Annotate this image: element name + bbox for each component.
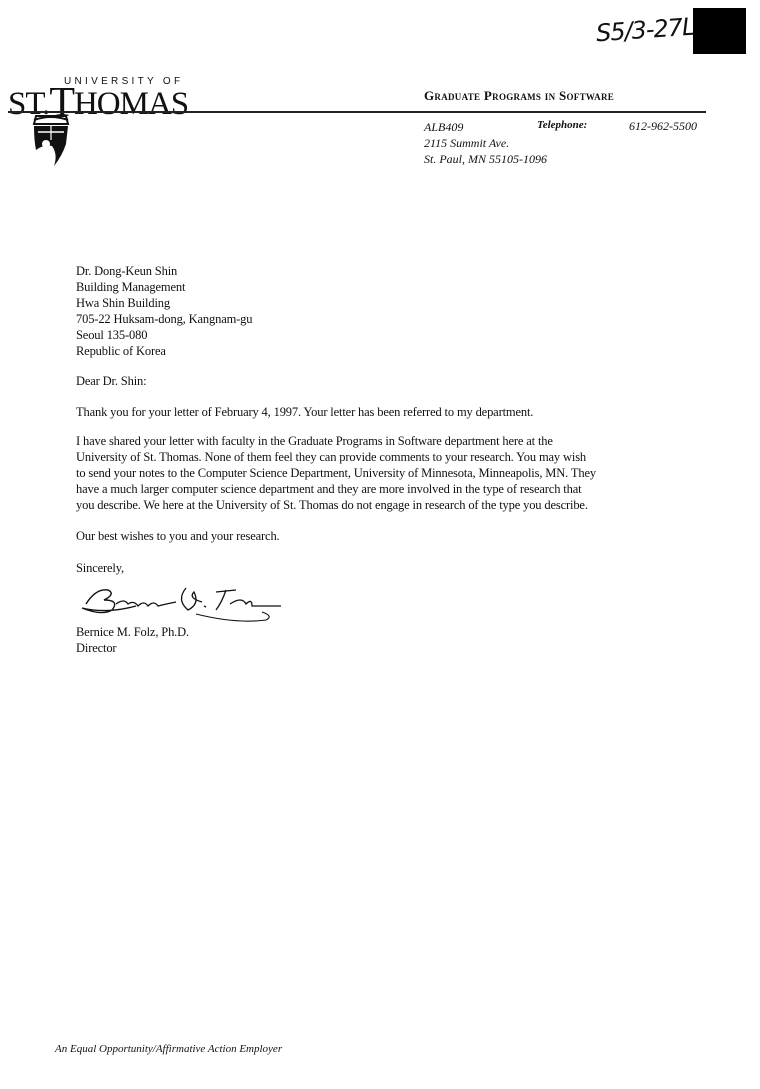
telephone-label: Telephone: <box>537 119 587 131</box>
header-rule-right <box>418 111 706 113</box>
paragraph-3: Our best wishes to you and your research… <box>76 528 280 544</box>
crest-shield-icon <box>30 114 72 170</box>
handwritten-reference-number: S5/3-27L <box>595 13 695 48</box>
telephone-number: 612-962-5500 <box>629 119 697 134</box>
footer-eeo-statement: An Equal Opportunity/Affirmative Action … <box>55 1043 282 1055</box>
signer-name: Bernice M. Folz, Ph.D. <box>76 624 189 640</box>
signer-block: Bernice M. Folz, Ph.D. Director <box>76 624 189 656</box>
logo-suffix: HOMAS <box>74 86 188 122</box>
department-name: Graduate Programs in Software <box>424 88 614 104</box>
signer-title: Director <box>76 640 189 656</box>
signature-image <box>76 580 286 626</box>
paragraph-line: have a much larger computer science depa… <box>76 481 676 497</box>
closing: Sincerely, <box>76 560 124 576</box>
recipient-line: Republic of Korea <box>76 343 252 359</box>
salutation: Dear Dr. Shin: <box>76 373 146 389</box>
paragraph-line: you describe. We here at the University … <box>76 497 676 513</box>
header-rule-left <box>8 111 418 113</box>
address-line: 2115 Summit Ave. <box>424 135 547 151</box>
paragraph-line: University of St. Thomas. None of them f… <box>76 449 676 465</box>
paragraph-1: Thank you for your letter of February 4,… <box>76 404 533 420</box>
recipient-line: Hwa Shin Building <box>76 295 252 311</box>
paragraph-2: I have shared your letter with faculty i… <box>76 433 676 513</box>
recipient-line: Dr. Dong-Keun Shin <box>76 263 252 279</box>
recipient-line: Building Management <box>76 279 252 295</box>
department-address: ALB409 2115 Summit Ave. St. Paul, MN 551… <box>424 119 547 167</box>
redaction-block <box>693 8 746 54</box>
recipient-line: Seoul 135-080 <box>76 327 252 343</box>
recipient-line: 705-22 Huksam-dong, Kangnam-gu <box>76 311 252 327</box>
paragraph-line: to send your notes to the Computer Scien… <box>76 465 676 481</box>
address-line: ALB409 <box>424 119 547 135</box>
address-line: St. Paul, MN 55105-1096 <box>424 151 547 167</box>
recipient-address: Dr. Dong-Keun Shin Building Management H… <box>76 263 252 359</box>
paragraph-line: I have shared your letter with faculty i… <box>76 433 676 449</box>
